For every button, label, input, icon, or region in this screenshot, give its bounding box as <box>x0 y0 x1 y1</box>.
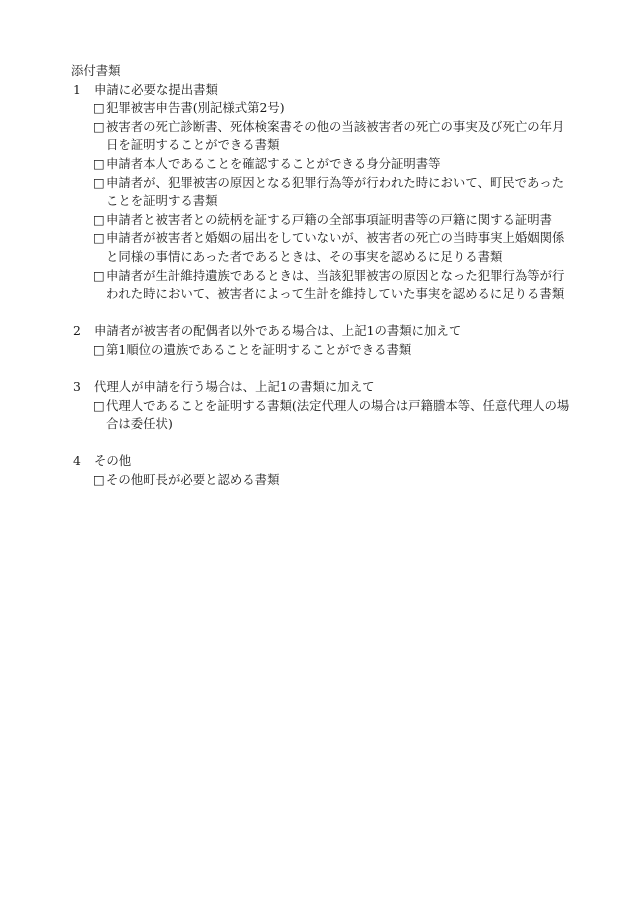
list-item: □第1順位の遺族であることを証明することができる書類 <box>71 341 571 360</box>
section-heading: 1 申請に必要な提出書類 <box>71 81 571 100</box>
checkbox-icon: □ <box>93 155 106 174</box>
section-number: 3 <box>71 378 94 397</box>
section-heading-text: その他 <box>94 452 131 471</box>
section-heading-text: 代理人が申請を行う場合は、上記1の書類に加えて <box>94 378 374 397</box>
list-item: □被害者の死亡診断書、死体検案書その他の当該被害者の死亡の事実及び死亡の年月日を… <box>71 118 571 155</box>
section-1: 1 申請に必要な提出書類 □犯罪被害申告書(別記様式第2号) □被害者の死亡診断… <box>71 81 571 304</box>
list-item: □申請者本人であることを確認することができる身分証明書等 <box>71 155 571 174</box>
list-item: □申請者と被害者との続柄を証する戸籍の全部事項証明書等の戸籍に関する証明書 <box>71 211 571 230</box>
checkbox-icon: □ <box>93 118 106 155</box>
section-3: 3 代理人が申請を行う場合は、上記1の書類に加えて □代理人であることを証明する… <box>71 378 571 434</box>
section-number: 4 <box>71 452 94 471</box>
list-item: □その他町長が必要と認める書類 <box>71 471 571 490</box>
list-item: □代理人であることを証明する書類(法定代理人の場合は戸籍謄本等、任意代理人の場合… <box>71 397 571 434</box>
checkbox-icon: □ <box>93 341 106 360</box>
section-heading-text: 申請者が被害者の配偶者以外である場合は、上記1の書類に加えて <box>94 322 461 341</box>
list-item: □申請者が、犯罪被害の原因となる犯罪行為等が行われた時において、町民であったこと… <box>71 174 571 211</box>
section-number: 1 <box>71 81 94 100</box>
checkbox-icon: □ <box>93 267 106 304</box>
document-page: 添付書類 1 申請に必要な提出書類 □犯罪被害申告書(別記様式第2号) □被害者… <box>0 0 630 903</box>
section-heading: 4 その他 <box>71 452 571 471</box>
attachment-list: 添付書類 1 申請に必要な提出書類 □犯罪被害申告書(別記様式第2号) □被害者… <box>71 62 571 508</box>
checkbox-icon: □ <box>93 211 106 230</box>
section-heading: 3 代理人が申請を行う場合は、上記1の書類に加えて <box>71 378 571 397</box>
section-heading-text: 申請に必要な提出書類 <box>94 81 218 100</box>
document-title: 添付書類 <box>71 62 571 81</box>
checkbox-icon: □ <box>93 397 106 434</box>
checkbox-icon: □ <box>93 99 106 118</box>
checkbox-icon: □ <box>93 229 106 266</box>
checkbox-icon: □ <box>93 471 106 490</box>
section-2: 2 申請者が被害者の配偶者以外である場合は、上記1の書類に加えて □第1順位の遺… <box>71 322 571 359</box>
section-number: 2 <box>71 322 94 341</box>
list-item: □申請者が被害者と婚姻の届出をしていないが、被害者の死亡の当時事実上婚姻関係と同… <box>71 229 571 266</box>
list-item: □犯罪被害申告書(別記様式第2号) <box>71 99 571 118</box>
section-4: 4 その他 □その他町長が必要と認める書類 <box>71 452 571 489</box>
list-item: □申請者が生計維持遺族であるときは、当該犯罪被害の原因となった犯罪行為等が行われ… <box>71 267 571 304</box>
section-heading: 2 申請者が被害者の配偶者以外である場合は、上記1の書類に加えて <box>71 322 571 341</box>
checkbox-icon: □ <box>93 174 106 211</box>
